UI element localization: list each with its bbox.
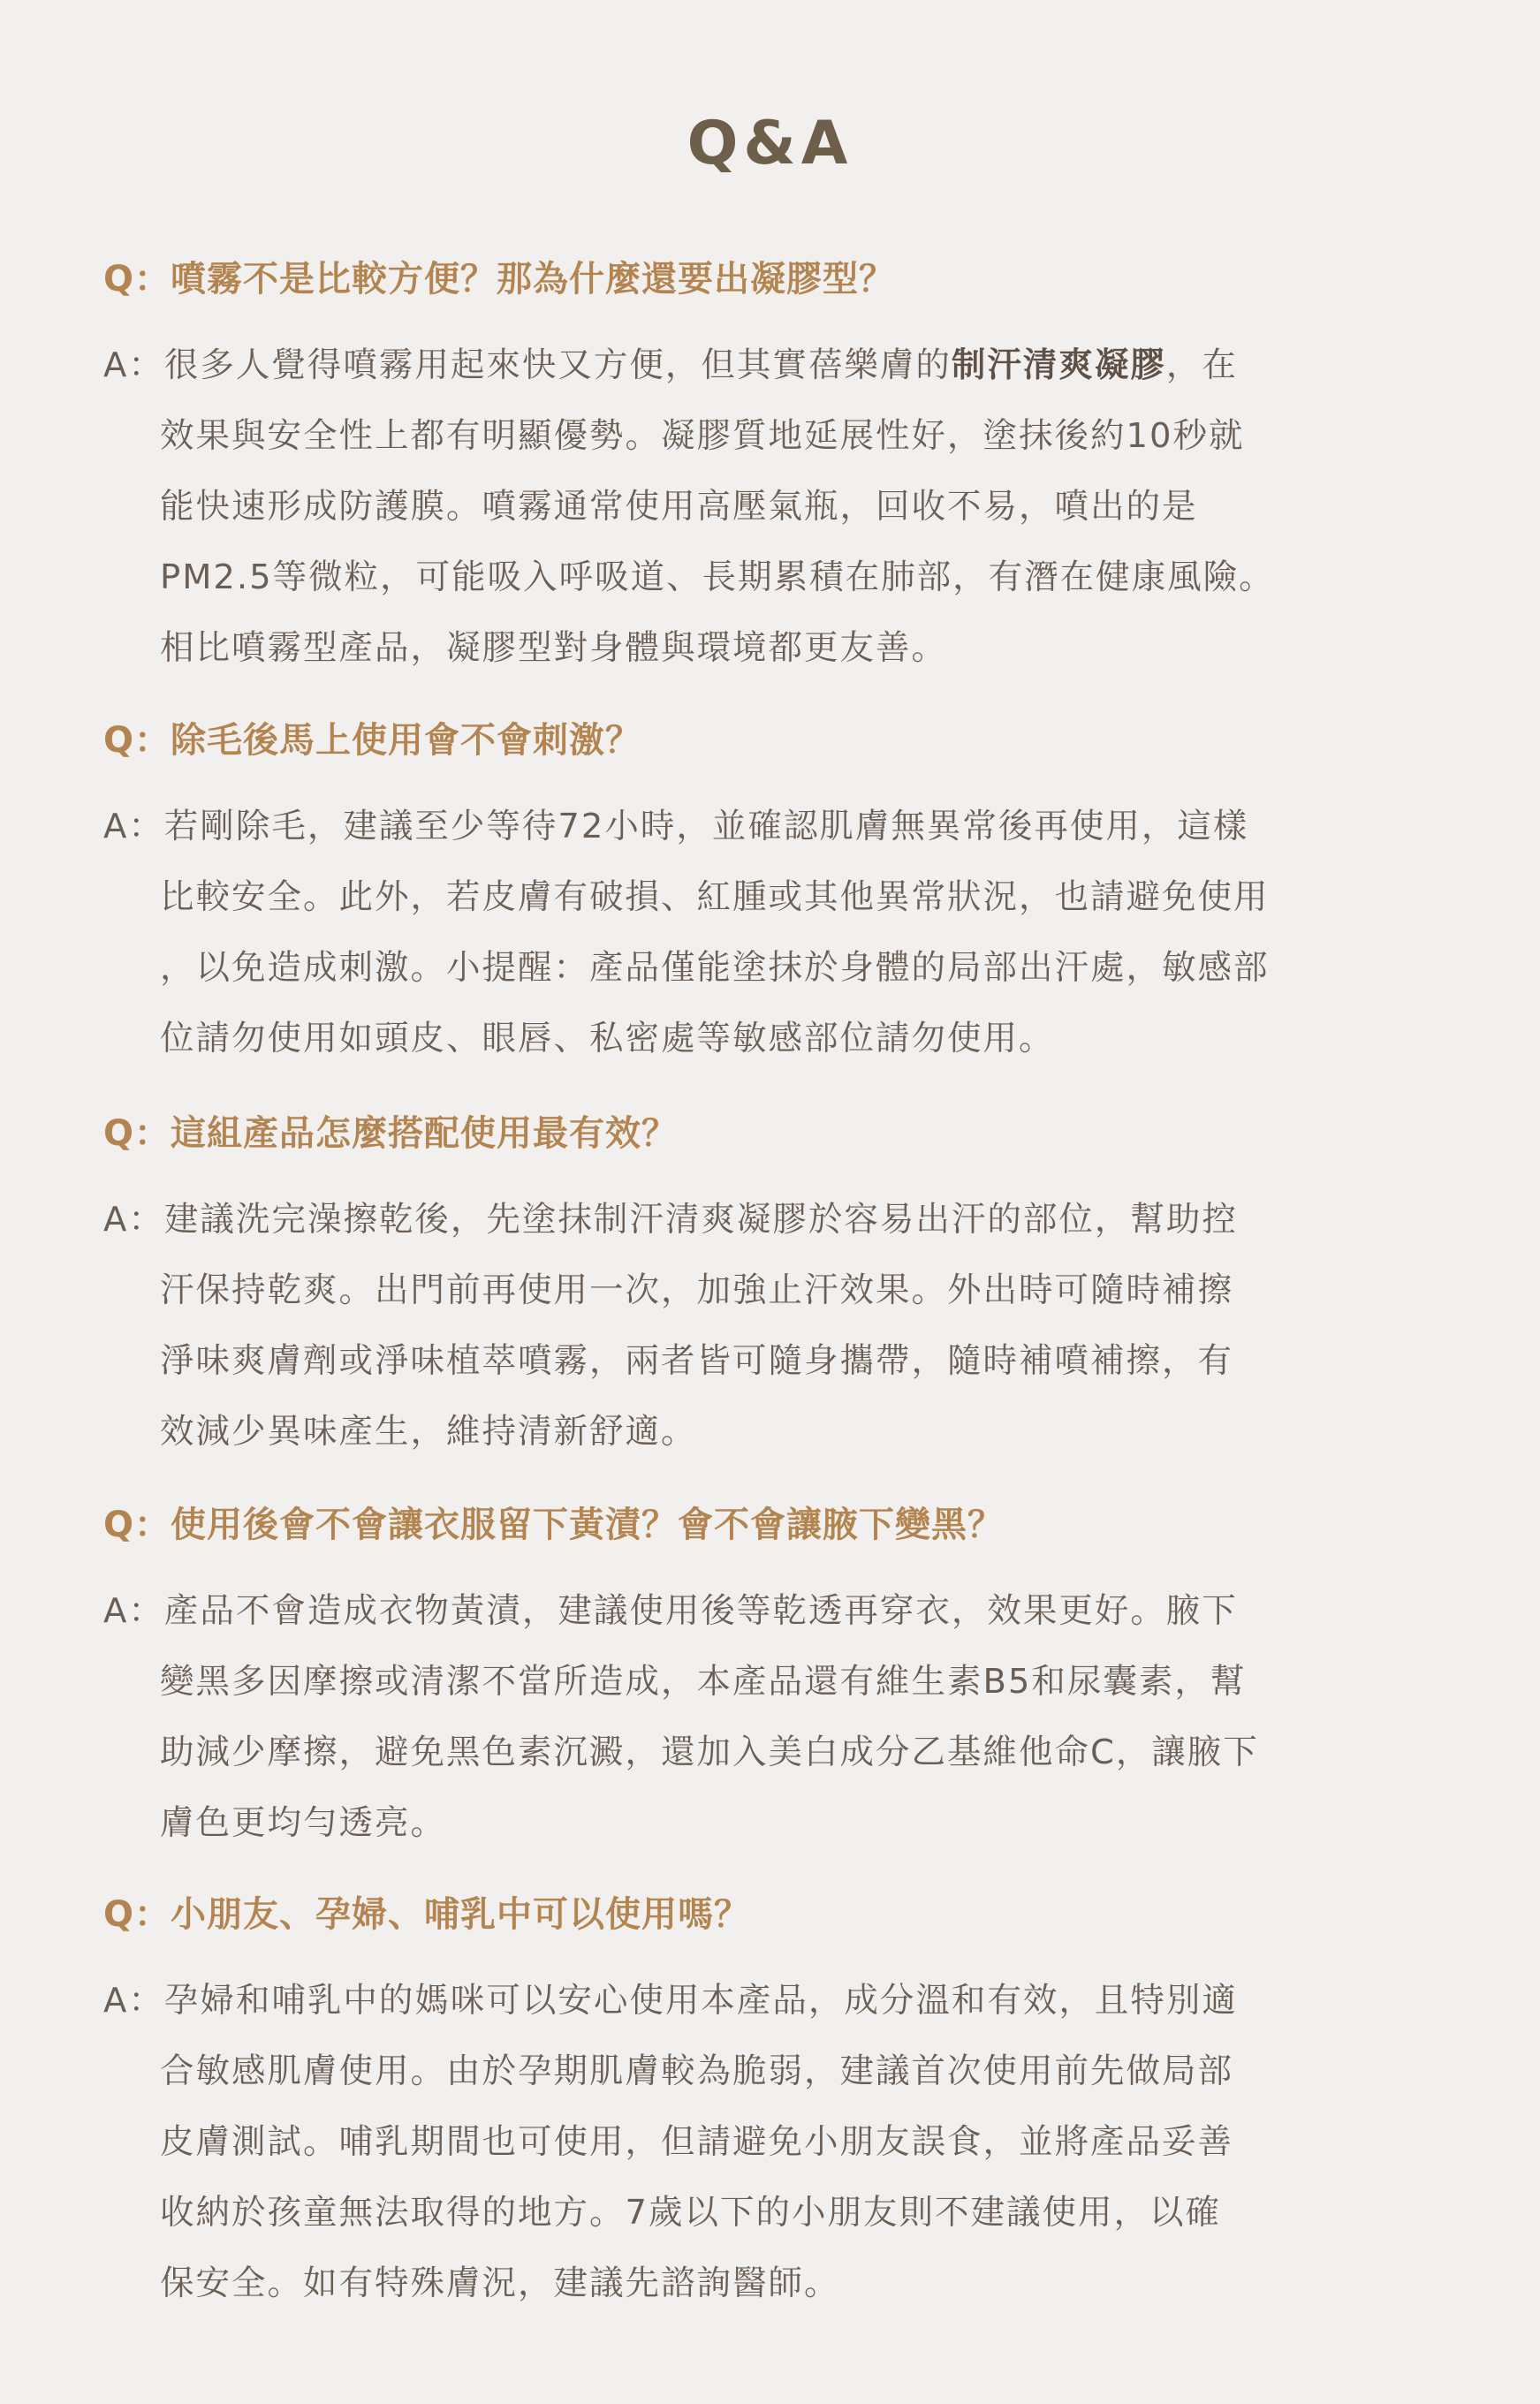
answer-line: 助減少摩擦，避免黑色素沉澱，還加入美白成分乙基維他命C，讓腋下: [103, 1718, 1446, 1788]
answer-text: 建議洗完澡擦乾後，先塗抹制汗清爽凝膠於容易出汗的部位，幫助控: [164, 1200, 1238, 1240]
answer-text: 孕婦和哺乳中的媽咪可以安心使用本產品，成分溫和有效，且特別適: [164, 1981, 1238, 2021]
answer-line: 合敏感肌膚使用。由於孕期肌膚較為脆弱，建議首次使用前先做局部: [103, 2036, 1446, 2107]
answer-line: 位請勿使用如頭皮、眼唇、私密處等敏感部位請勿使用。: [103, 1004, 1446, 1074]
answer-line: 膚色更均勻透亮。: [103, 1788, 1446, 1859]
answer-line: 保安全。如有特殊膚況，建議先諮詢醫師。: [103, 2249, 1446, 2319]
answer-line: 能快速形成防護膜。噴霧通常使用高壓氣瓶，回收不易，噴出的是: [103, 472, 1446, 542]
answer-text: 產品不會造成衣物黃漬，建議使用後等乾透再穿衣，效果更好。腋下: [164, 1591, 1238, 1631]
question: Q：使用後會不會讓衣服留下黃漬？會不會讓腋下變黑？: [103, 1498, 1446, 1551]
product-name-highlight: 制汗清爽凝膠: [952, 345, 1166, 385]
answer-line: A：產品不會造成衣物黃漬，建議使用後等乾透再穿衣，效果更好。腋下: [103, 1576, 1446, 1647]
question: Q：噴霧不是比較方便？那為什麼還要出凝膠型？: [103, 253, 1446, 306]
answer-line: ，以免造成刺激。小提醒：產品僅能塗抹於身體的局部出汗處，敏感部: [103, 933, 1446, 1004]
answer: A：孕婦和哺乳中的媽咪可以安心使用本產品，成分溫和有效，且特別適 合敏感肌膚使用…: [103, 1966, 1446, 2319]
answer-line: 汗保持乾爽。出門前再使用一次，加強止汗效果。外出時可隨時補擦: [103, 1255, 1446, 1326]
answer-line: 比較安全。此外，若皮膚有破損、紅腫或其他異常狀況，也請避免使用: [103, 862, 1446, 933]
answer-prefix: A：: [103, 345, 164, 385]
answer-line: A：孕婦和哺乳中的媽咪可以安心使用本產品，成分溫和有效，且特別適: [103, 1966, 1446, 2036]
answer-text: 很多人覺得噴霧用起來快又方便，但其實蓓樂膚的: [164, 345, 952, 385]
answer-prefix: A：: [103, 1591, 164, 1631]
answer-line: A：建議洗完澡擦乾後，先塗抹制汗清爽凝膠於容易出汗的部位，幫助控: [103, 1185, 1446, 1255]
answer-line: 變黑多因摩擦或清潔不當所造成，本產品還有維生素B5和尿囊素，幫: [103, 1647, 1446, 1718]
answer-line: 效果與安全性上都有明顯優勢。凝膠質地延展性好，塗抹後約10秒就: [103, 401, 1446, 472]
answer-line: PM2.5等微粒，可能吸入呼吸道、長期累積在肺部，有潛在健康風險。: [103, 542, 1446, 613]
answer-text: 若剛除毛，建議至少等待72小時，並確認肌膚無異常後再使用，這樣: [164, 807, 1249, 846]
question: Q：這組產品怎麼搭配使用最有效？: [103, 1107, 1446, 1160]
qa-item-4: Q：使用後會不會讓衣服留下黃漬？會不會讓腋下變黑？ A：產品不會造成衣物黃漬，建…: [103, 1498, 1446, 1859]
answer-prefix: A：: [103, 1981, 164, 2021]
answer-prefix: A：: [103, 1200, 164, 1240]
answer-line: 效減少異味產生，維持清新舒適。: [103, 1397, 1446, 1467]
qa-item-5: Q：小朋友、孕婦、哺乳中可以使用嗎？ A：孕婦和哺乳中的媽咪可以安心使用本產品，…: [103, 1888, 1446, 2319]
qa-item-2: Q：除毛後馬上使用會不會刺激？ A：若剛除毛，建議至少等待72小時，並確認肌膚無…: [103, 714, 1446, 1074]
answer-line: 相比噴霧型產品，凝膠型對身體與環境都更友善。: [103, 613, 1446, 684]
answer: A：若剛除毛，建議至少等待72小時，並確認肌膚無異常後再使用，這樣 比較安全。此…: [103, 792, 1446, 1074]
qa-item-1: Q：噴霧不是比較方便？那為什麼還要出凝膠型？ A：很多人覺得噴霧用起來快又方便，…: [103, 253, 1446, 684]
answer-line: 淨味爽膚劑或淨味植萃噴霧，兩者皆可隨身攜帶，隨時補噴補擦，有: [103, 1326, 1446, 1397]
answer-line: A：很多人覺得噴霧用起來快又方便，但其實蓓樂膚的制汗清爽凝膠，在: [103, 330, 1446, 401]
answer-line: A：若剛除毛，建議至少等待72小時，並確認肌膚無異常後再使用，這樣: [103, 792, 1446, 862]
answer: A：建議洗完澡擦乾後，先塗抹制汗清爽凝膠於容易出汗的部位，幫助控 汗保持乾爽。出…: [103, 1185, 1446, 1467]
answer-text: ，在: [1166, 345, 1238, 385]
question: Q：除毛後馬上使用會不會刺激？: [103, 714, 1446, 767]
answer: A：產品不會造成衣物黃漬，建議使用後等乾透再穿衣，效果更好。腋下 變黑多因摩擦或…: [103, 1576, 1446, 1859]
answer: A：很多人覺得噴霧用起來快又方便，但其實蓓樂膚的制汗清爽凝膠，在 效果與安全性上…: [103, 330, 1446, 684]
answer-line: 皮膚測試。哺乳期間也可使用，但請避免小朋友誤食，並將產品妥善: [103, 2107, 1446, 2178]
answer-prefix: A：: [103, 807, 164, 846]
question: Q：小朋友、孕婦、哺乳中可以使用嗎？: [103, 1888, 1446, 1941]
page-title: Q&A: [0, 104, 1540, 184]
answer-line: 收納於孩童無法取得的地方。7歲以下的小朋友則不建議使用，以確: [103, 2178, 1446, 2249]
qa-item-3: Q：這組產品怎麼搭配使用最有效？ A：建議洗完澡擦乾後，先塗抹制汗清爽凝膠於容易…: [103, 1107, 1446, 1467]
